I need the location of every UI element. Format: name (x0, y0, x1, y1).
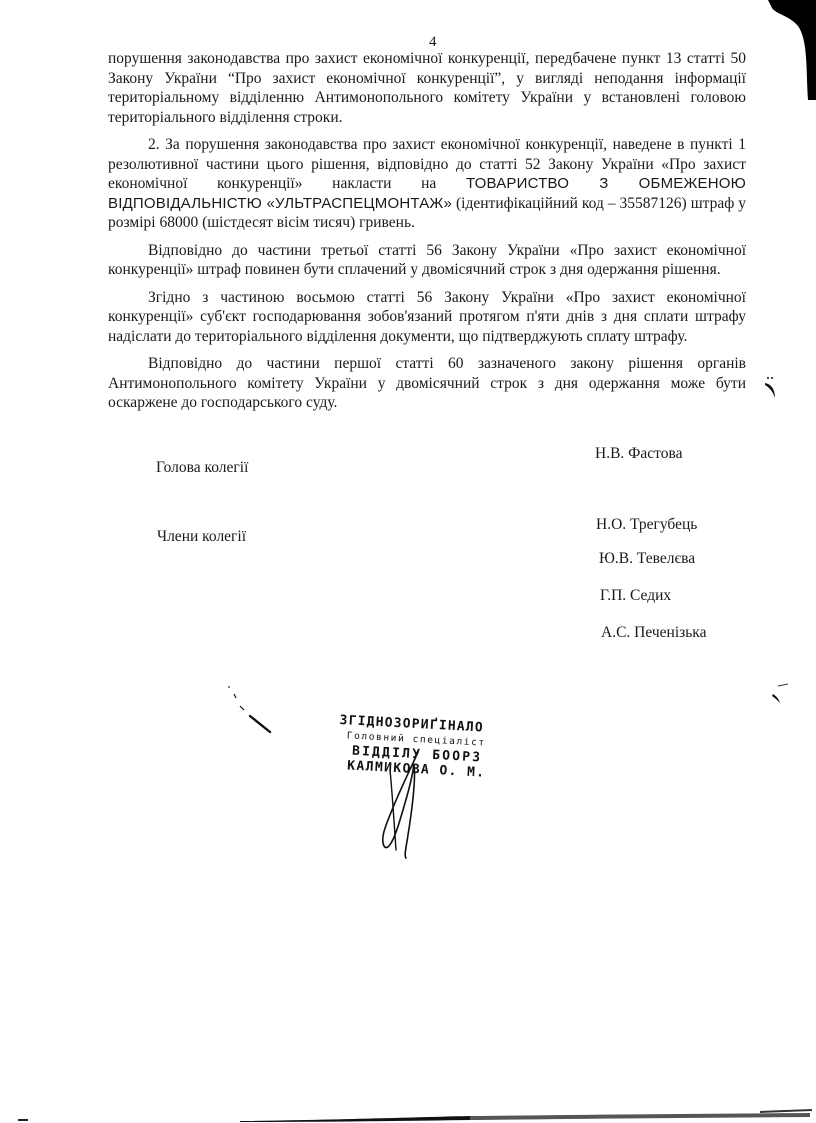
paragraph-violation-description: порушення законодавства про захист еконо… (108, 49, 746, 127)
chair-name: Н.В. Фастова (595, 445, 682, 463)
member-name-4: А.С. Печенізька (601, 624, 707, 642)
paragraph-appeal: Відповідно до частини першої статті 60 з… (108, 354, 746, 413)
member-name-2: Ю.В. Тевелєва (599, 550, 695, 568)
scan-mark-left-icon (226, 684, 276, 736)
member-name-3: Г.П. Седих (600, 587, 671, 605)
paragraph-fine-imposition: 2. За порушення законодавства про захист… (108, 135, 746, 233)
chair-label: Голова колегії (156, 459, 248, 477)
certification-stamp: ЗГІДНОЗОРИҐІНАЛО Головний спеціаліст ВІД… (337, 713, 488, 781)
scan-mark-right-upper-icon (762, 376, 780, 402)
paragraph-payment-proof: Згідно з частиною восьмою статті 56 Зако… (108, 288, 746, 347)
member-name-1: Н.О. Трегубець (596, 516, 697, 534)
members-label: Члени колегії (157, 528, 246, 546)
scan-bottom-edge-icon (0, 1100, 816, 1123)
document-body: порушення законодавства про захист еконо… (108, 49, 746, 413)
paragraph-payment-deadline: Відповідно до частини третьої статті 56 … (108, 241, 746, 280)
scan-mark-right-lower-icon (770, 682, 790, 706)
scan-corner-shadow-icon (768, 0, 816, 100)
